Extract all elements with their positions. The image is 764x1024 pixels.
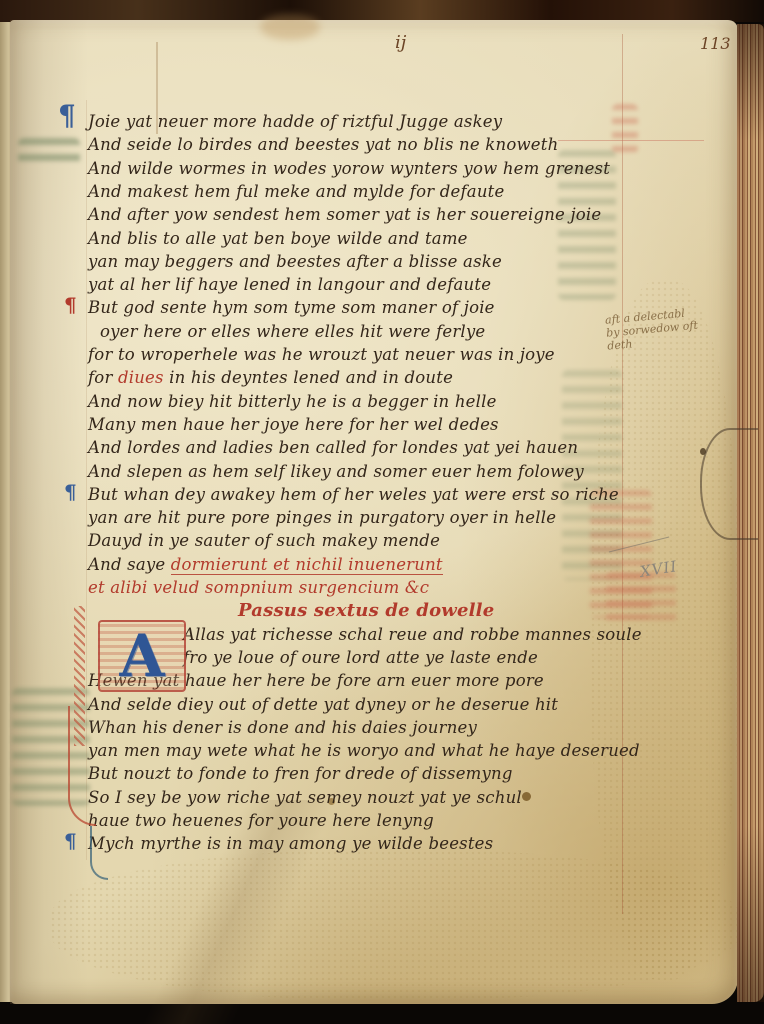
verse-text: for to wroperhele was he wrouzt yat neue… bbox=[88, 345, 555, 364]
manuscript-line: for to wroperhele was he wrouzt yat neue… bbox=[88, 345, 555, 365]
manuscript-line: for diues in his deyntes lened and in do… bbox=[88, 368, 453, 388]
manuscript-line: And lordes and ladies ben called for lon… bbox=[88, 438, 578, 458]
rubricated-text: Passus sextus de dowelle bbox=[238, 600, 494, 621]
verse-text: Joie yat neuer more hadde of riztful Jug… bbox=[88, 112, 502, 131]
verse-text: And blis to alle yat ben boye wilde and … bbox=[88, 229, 468, 248]
rubricated-text: dormierunt et nichil inuenerunt bbox=[171, 555, 443, 575]
paraph-mark: ¶ bbox=[58, 106, 76, 126]
initial-letter-a: A bbox=[119, 627, 164, 685]
text-block: ¶Joie yat neuer more hadde of riztful Ju… bbox=[10, 20, 738, 1004]
verse-text: Dauyd in ye sauter of such makey mende bbox=[88, 531, 440, 550]
manuscript-line: And blis to alle yat ben boye wilde and … bbox=[88, 229, 468, 249]
verse-text: So I sey be yow riche yat semey nouzt ya… bbox=[88, 788, 522, 807]
verse-text: And slepen as hem self likey and somer e… bbox=[88, 462, 584, 481]
verse-text: But god sente hym som tyme som maner of … bbox=[88, 298, 495, 317]
verse-text: Many men haue her joye here for her wel … bbox=[88, 415, 499, 434]
verse-text: Whan his dener is done and his daies jou… bbox=[88, 718, 477, 737]
verse-text: Allas yat richesse schal reue and robbe … bbox=[183, 625, 642, 644]
manuscript-line: So I sey be yow riche yat semey nouzt ya… bbox=[88, 788, 522, 808]
penwork-flourish bbox=[68, 706, 96, 826]
manuscript-line: ¶Mych myrthe is in may among ye wilde be… bbox=[88, 834, 493, 854]
manuscript-line: yan are hit pure pore pinges in purgator… bbox=[88, 508, 556, 528]
verse-text: And wilde wormes in wodes yorow wynters … bbox=[88, 159, 610, 178]
manuscript-line: And now biey hit bitterly he is a begger… bbox=[88, 392, 497, 412]
verse-text: yan men may wete what he is woryo and wh… bbox=[88, 741, 640, 760]
verse-text: for bbox=[88, 368, 118, 387]
manuscript-line: yan may beggers and beestes after a blis… bbox=[88, 252, 502, 272]
manuscript-line: yan men may wete what he is woryo and wh… bbox=[88, 741, 640, 761]
rubricated-text: et alibi velud sompnium surgencium &c bbox=[88, 578, 429, 597]
manuscript-line: ¶But god sente hym som tyme som maner of… bbox=[88, 298, 495, 318]
verse-text: And saye bbox=[88, 555, 171, 574]
rubricated-text: diues bbox=[118, 368, 164, 387]
verse-text: And after yow sendest hem somer yat is h… bbox=[88, 205, 601, 224]
manuscript-line: yat al her lif haye lened in langour and… bbox=[88, 275, 491, 295]
manuscript-line: oyer here or elles where elles hit were … bbox=[100, 322, 485, 342]
verse-text: And now biey hit bitterly he is a begger… bbox=[88, 392, 497, 411]
manuscript-line: ¶But whan dey awakey hem of her weles ya… bbox=[88, 485, 619, 505]
manuscript-line: But nouzt to fonde to fren for drede of … bbox=[88, 764, 513, 784]
verse-text: yan may beggers and beestes after a blis… bbox=[88, 252, 502, 271]
manuscript-line: And makest hem ful meke and mylde for de… bbox=[88, 182, 504, 202]
manuscript-line: haue two heuenes for youre here lenyng bbox=[88, 811, 434, 831]
manuscript-line: Dauyd in ye sauter of such makey mende bbox=[88, 531, 440, 551]
parchment-leaf: ij 113 ¶Joie yat neuer more hadde of riz… bbox=[10, 20, 738, 1004]
verse-text: And lordes and ladies ben called for lon… bbox=[88, 438, 578, 457]
verse-text: oyer here or elles where elles hit were … bbox=[100, 322, 485, 341]
rubric-heading: Passus sextus de dowelle bbox=[238, 601, 494, 621]
verse-text: And selde diey out of dette yat dyney or… bbox=[88, 695, 558, 714]
paraph-mark: ¶ bbox=[64, 295, 77, 315]
verse-text: yan are hit pure pore pinges in purgator… bbox=[88, 508, 556, 527]
paraph-mark: ¶ bbox=[64, 831, 77, 851]
manuscript-line: Whan his dener is done and his daies jou… bbox=[88, 718, 477, 738]
manuscript-line: And after yow sendest hem somer yat is h… bbox=[88, 205, 601, 225]
manuscript-line: Many men haue her joye here for her wel … bbox=[88, 415, 499, 435]
manuscript-line: et alibi velud sompnium surgencium &c bbox=[88, 578, 429, 598]
paraph-mark: ¶ bbox=[64, 482, 77, 502]
manuscript-line: And saye dormierunt et nichil inuenerunt bbox=[88, 555, 443, 575]
manuscript-line: And slepen as hem self likey and somer e… bbox=[88, 462, 584, 482]
verse-text: And makest hem ful meke and mylde for de… bbox=[88, 182, 504, 201]
verse-text: But nouzt to fonde to fren for drede of … bbox=[88, 764, 513, 783]
manuscript-line: fro ye loue of oure lord atte ye laste e… bbox=[183, 648, 538, 668]
verse-text: Mych myrthe is in may among ye wilde bee… bbox=[88, 834, 493, 853]
verse-text: But whan dey awakey hem of her weles yat… bbox=[88, 485, 619, 504]
verse-text: yat al her lif haye lened in langour and… bbox=[88, 275, 491, 294]
decorated-initial: A bbox=[98, 620, 186, 692]
manuscript-line: ¶Joie yat neuer more hadde of riztful Ju… bbox=[88, 112, 502, 132]
manuscript-line: And wilde wormes in wodes yorow wynters … bbox=[88, 159, 610, 179]
page-holder-curve bbox=[700, 428, 758, 540]
verse-text: And seide lo birdes and beestes yat no b… bbox=[88, 135, 558, 154]
verse-text: fro ye loue of oure lord atte ye laste e… bbox=[183, 648, 538, 667]
manuscript-line: Allas yat richesse schal reue and robbe … bbox=[183, 625, 642, 645]
manuscript-line: And selde diey out of dette yat dyney or… bbox=[88, 695, 558, 715]
verse-text: in his deyntes lened and in doute bbox=[164, 368, 453, 387]
paraph-flourish bbox=[90, 826, 108, 880]
verse-text: haue two heuenes for youre here lenyng bbox=[88, 811, 434, 830]
manuscript-photo: ij 113 ¶Joie yat neuer more hadde of riz… bbox=[0, 0, 764, 1024]
book-binding-edge bbox=[0, 0, 764, 22]
manuscript-line: And seide lo birdes and beestes yat no b… bbox=[88, 135, 558, 155]
